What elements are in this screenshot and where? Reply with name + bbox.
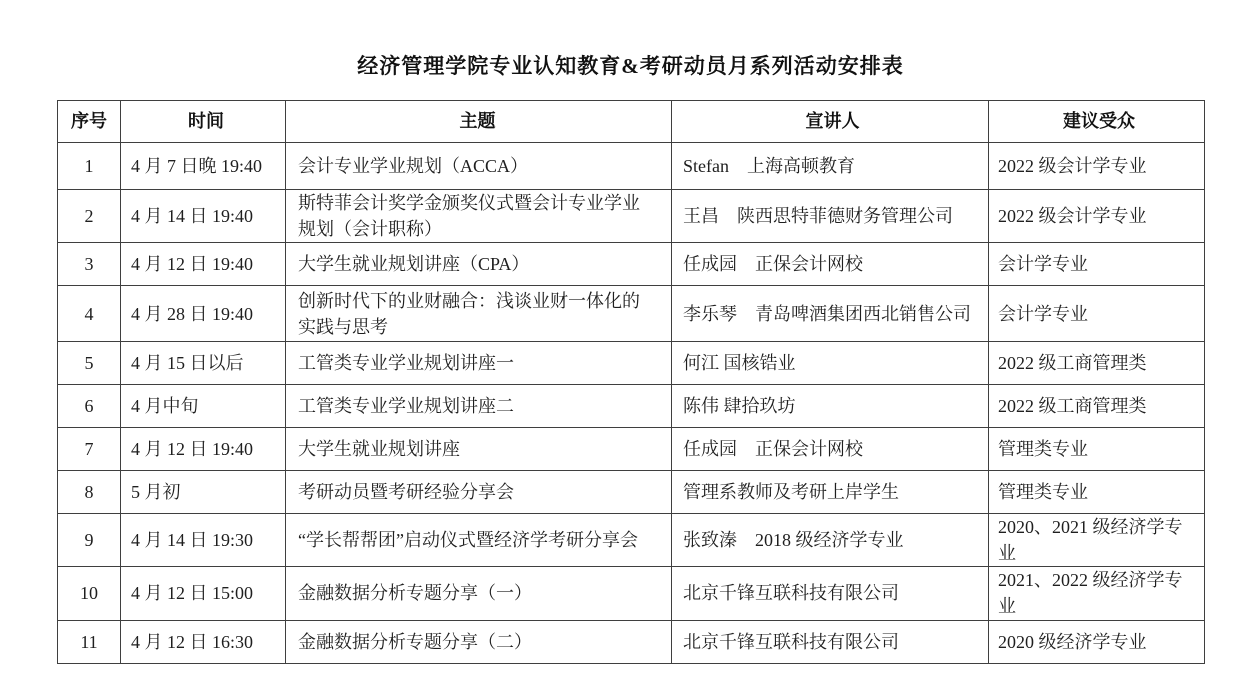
cell-no: 8 xyxy=(58,471,121,514)
cell-speaker: Stefan 上海高顿教育 xyxy=(672,143,989,190)
cell-audience: 2022 级会计学专业 xyxy=(989,190,1205,243)
table-row: 54 月 15 日以后工管类专业学业规划讲座一何江 国核锆业2022 级工商管理… xyxy=(58,342,1205,385)
cell-time: 4 月 14 日 19:40 xyxy=(121,190,286,243)
cell-speaker: 北京千锋互联科技有限公司 xyxy=(672,620,989,663)
cell-speaker: 任成园 正保会计网校 xyxy=(672,243,989,286)
cell-no: 9 xyxy=(58,514,121,567)
cell-no: 5 xyxy=(58,342,121,385)
cell-no: 3 xyxy=(58,243,121,286)
cell-no: 10 xyxy=(58,567,121,620)
activity-schedule-table: 序号 时间 主题 宣讲人 建议受众 14 月 7 日晚 19:40会计专业学业规… xyxy=(57,100,1205,664)
cell-time: 5 月初 xyxy=(121,471,286,514)
table-header-row: 序号 时间 主题 宣讲人 建议受众 xyxy=(58,101,1205,143)
table-body: 14 月 7 日晚 19:40会计专业学业规划（ACCA）Stefan 上海高顿… xyxy=(58,143,1205,664)
cell-no: 1 xyxy=(58,143,121,190)
cell-speaker: 北京千锋互联科技有限公司 xyxy=(672,567,989,620)
cell-topic: 创新时代下的业财融合：浅谈业财一体化的实践与思考 xyxy=(286,286,672,342)
cell-no: 4 xyxy=(58,286,121,342)
cell-audience: 2020、2021 级经济学专业 xyxy=(989,514,1205,567)
cell-topic: 金融数据分析专题分享（二） xyxy=(286,620,672,663)
table-row: 34 月 12 日 19:40大学生就业规划讲座（CPA）任成园 正保会计网校会… xyxy=(58,243,1205,286)
document-page: 经济管理学院专业认知教育&考研动员月系列活动安排表 序号 时间 主题 宣讲人 建… xyxy=(0,0,1250,677)
cell-speaker: 何江 国核锆业 xyxy=(672,342,989,385)
cell-audience: 2022 级工商管理类 xyxy=(989,342,1205,385)
cell-topic: 工管类专业学业规划讲座一 xyxy=(286,342,672,385)
table-row: 94 月 14 日 19:30“学长帮帮团”启动仪式暨经济学考研分享会张致溱 2… xyxy=(58,514,1205,567)
table-row: 74 月 12 日 19:40大学生就业规划讲座任成园 正保会计网校管理类专业 xyxy=(58,428,1205,471)
cell-audience: 会计学专业 xyxy=(989,243,1205,286)
table-row: 114 月 12 日 16:30金融数据分析专题分享（二）北京千锋互联科技有限公… xyxy=(58,620,1205,663)
cell-audience: 会计学专业 xyxy=(989,286,1205,342)
table-header: 序号 时间 主题 宣讲人 建议受众 xyxy=(58,101,1205,143)
cell-topic: 大学生就业规划讲座（CPA） xyxy=(286,243,672,286)
cell-audience: 2022 级会计学专业 xyxy=(989,143,1205,190)
table-row: 104 月 12 日 15:00金融数据分析专题分享（一）北京千锋互联科技有限公… xyxy=(58,567,1205,620)
cell-time: 4 月 12 日 15:00 xyxy=(121,567,286,620)
cell-speaker: 陈伟 肆拾玖坊 xyxy=(672,385,989,428)
cell-audience: 管理类专业 xyxy=(989,471,1205,514)
cell-topic: 工管类专业学业规划讲座二 xyxy=(286,385,672,428)
cell-topic: 考研动员暨考研经验分享会 xyxy=(286,471,672,514)
header-topic: 主题 xyxy=(286,101,672,143)
cell-time: 4 月 12 日 19:40 xyxy=(121,428,286,471)
cell-speaker: 王昌 陕西思特菲德财务管理公司 xyxy=(672,190,989,243)
table-row: 24 月 14 日 19:40斯特菲会计奖学金颁奖仪式暨会计专业学业规划（会计职… xyxy=(58,190,1205,243)
header-no: 序号 xyxy=(58,101,121,143)
cell-no: 7 xyxy=(58,428,121,471)
cell-speaker: 张致溱 2018 级经济学专业 xyxy=(672,514,989,567)
cell-topic: 斯特菲会计奖学金颁奖仪式暨会计专业学业规划（会计职称） xyxy=(286,190,672,243)
cell-topic: “学长帮帮团”启动仪式暨经济学考研分享会 xyxy=(286,514,672,567)
cell-time: 4 月 7 日晚 19:40 xyxy=(121,143,286,190)
cell-time: 4 月 28 日 19:40 xyxy=(121,286,286,342)
table-row: 44 月 28 日 19:40创新时代下的业财融合：浅谈业财一体化的实践与思考李… xyxy=(58,286,1205,342)
cell-speaker: 李乐琴 青岛啤酒集团西北销售公司 xyxy=(672,286,989,342)
cell-time: 4 月 14 日 19:30 xyxy=(121,514,286,567)
cell-audience: 2022 级工商管理类 xyxy=(989,385,1205,428)
cell-time: 4 月中旬 xyxy=(121,385,286,428)
cell-time: 4 月 12 日 19:40 xyxy=(121,243,286,286)
cell-audience: 管理类专业 xyxy=(989,428,1205,471)
cell-topic: 会计专业学业规划（ACCA） xyxy=(286,143,672,190)
table-row: 64 月中旬工管类专业学业规划讲座二陈伟 肆拾玖坊2022 级工商管理类 xyxy=(58,385,1205,428)
table-row: 14 月 7 日晚 19:40会计专业学业规划（ACCA）Stefan 上海高顿… xyxy=(58,143,1205,190)
cell-audience: 2021、2022 级经济学专业 xyxy=(989,567,1205,620)
header-speaker: 宣讲人 xyxy=(672,101,989,143)
table-row: 85 月初考研动员暨考研经验分享会管理系教师及考研上岸学生管理类专业 xyxy=(58,471,1205,514)
cell-topic: 大学生就业规划讲座 xyxy=(286,428,672,471)
cell-time: 4 月 12 日 16:30 xyxy=(121,620,286,663)
cell-speaker: 管理系教师及考研上岸学生 xyxy=(672,471,989,514)
header-time: 时间 xyxy=(121,101,286,143)
cell-no: 2 xyxy=(58,190,121,243)
header-audience: 建议受众 xyxy=(989,101,1205,143)
cell-no: 11 xyxy=(58,620,121,663)
cell-time: 4 月 15 日以后 xyxy=(121,342,286,385)
cell-speaker: 任成园 正保会计网校 xyxy=(672,428,989,471)
page-title: 经济管理学院专业认知教育&考研动员月系列活动安排表 xyxy=(57,50,1204,80)
cell-topic: 金融数据分析专题分享（一） xyxy=(286,567,672,620)
cell-audience: 2020 级经济学专业 xyxy=(989,620,1205,663)
cell-no: 6 xyxy=(58,385,121,428)
